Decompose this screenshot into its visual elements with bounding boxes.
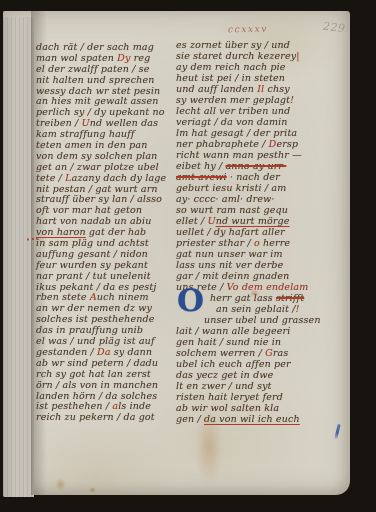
manuscript-text-line: gen hait / sund nie in xyxy=(176,337,322,348)
manuscript-text-line: lecht all ver triben und xyxy=(176,106,322,117)
small-stain xyxy=(90,488,95,492)
manuscript-text-line: ellet / Und wurt mörge xyxy=(176,216,322,227)
manuscript-photo: ccxxxv 229 dach rät / der sach magman wo… xyxy=(0,0,376,512)
red-ink-blot xyxy=(250,290,259,297)
manuscript-text-line: lait / wann alle begeeri xyxy=(176,326,322,337)
pencil-foliation: 229 xyxy=(322,20,346,35)
manuscript-text-line: solchem werren / Gras xyxy=(176,348,322,359)
manuscript-text-line: ay dem reich nach pie xyxy=(176,62,322,73)
manuscript-text-line: unser ubel und grassen xyxy=(204,315,322,326)
manuscript-text-line: und auff landen Il chsy xyxy=(176,84,322,95)
manuscript-text-line: herr gat lass strifft xyxy=(210,293,322,304)
manuscript-text-line: lass uns nit ver derbe xyxy=(176,260,322,271)
manuscript-text-line: an sein geblait /! xyxy=(216,304,322,315)
manuscript-text-line: richt wann man pesthr — xyxy=(176,150,322,161)
manuscript-text-line: priester sthar / o herre xyxy=(176,238,322,249)
illuminated-initial-icon: O xyxy=(177,286,204,316)
manuscript-text-line: heut ist pei / in steten xyxy=(176,73,322,84)
manuscript-text-line: reich zu pekern / da got xyxy=(36,413,176,424)
manuscript-text-line: eibet hy / anno ay urr· xyxy=(176,161,322,172)
manuscript-text-line: gat nun unser war im xyxy=(176,249,322,260)
manuscript-text-line: lm hat gesagt / der prita xyxy=(176,128,322,139)
manuscript-text-line: das yecz get in dwe xyxy=(176,370,322,381)
text-column-right: O es zornet über sy / undsie staret durc… xyxy=(176,40,322,425)
manuscript-text-line: ubel ich euch affen per xyxy=(176,359,322,370)
manuscript-text-line: ay· cccc· aml· drew· xyxy=(176,194,322,205)
text-column-left: dach rät / der sach magman wol spaten Dy… xyxy=(36,43,176,424)
manuscript-text-line: risten hait leryet ferd xyxy=(176,392,322,403)
manuscript-text-line: so wurt ram nast gequ xyxy=(176,205,322,216)
manuscript-text-line: uellet / dy hafart aller xyxy=(176,227,322,238)
manuscript-text-line: sy werden mer geplagt! xyxy=(176,95,322,106)
manuscript-text-line: ner phabraphete / Dersp xyxy=(176,139,322,150)
manuscript-text-line: lt en zwer / und syt xyxy=(176,381,322,392)
small-stain xyxy=(55,478,66,491)
manuscript-text-line: amt avewi · nach der xyxy=(176,172,322,183)
manuscript-text-line: ab wir wol salten kla xyxy=(176,403,322,414)
manuscript-text-line: es zornet über sy / und xyxy=(176,40,322,51)
manuscript-text-line: sie staret durch kezerey| xyxy=(176,51,322,62)
manuscript-text-line: gar / mit deinn gnaden xyxy=(176,271,322,282)
manuscript-text-line: veriagt / da von damin xyxy=(176,117,322,128)
manuscript-text-line: geburt iesu kristi / am xyxy=(176,183,322,194)
manuscript-page: ccxxxv 229 dach rät / der sach magman wo… xyxy=(3,11,350,495)
folio-number-header: ccxxxv xyxy=(228,25,268,36)
page-gutter-edges xyxy=(3,17,34,497)
